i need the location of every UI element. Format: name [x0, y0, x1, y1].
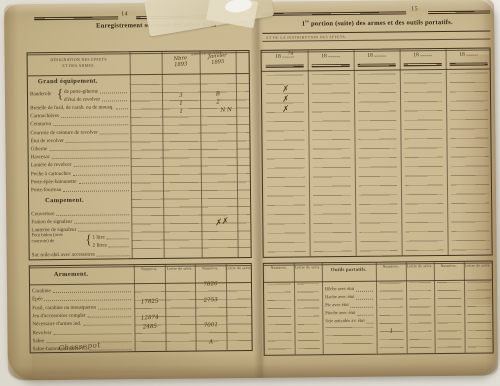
armement-heading: Armement.	[54, 271, 89, 278]
ruled-cells	[358, 73, 398, 251]
column-line	[446, 49, 449, 255]
column-line	[354, 50, 357, 256]
rule-line	[34, 16, 118, 20]
column-header: Numéros.	[134, 267, 165, 272]
table-row: Pioche avec étui	[325, 309, 374, 317]
table-row: Porte-fourreau	[31, 184, 130, 193]
ruled-cells	[297, 283, 320, 350]
item-label: Banderole	[30, 91, 51, 97]
column-header: Numéros.	[376, 264, 406, 269]
table-row: Lanière de revolver	[31, 159, 130, 168]
header-rule	[404, 63, 442, 66]
table-row: Bêche avec étui	[325, 285, 374, 293]
outils-table: Numéros. Lettre de série. Outils portati…	[263, 260, 494, 355]
right-subheader: ET DE LA DISTRIBUTION DES EFFETS.	[262, 30, 490, 41]
column-header: Lettre de série.	[226, 266, 252, 271]
item-label: Petit bidon (avec courroie) de	[31, 233, 85, 245]
table-row: 2 litres	[93, 240, 130, 248]
ruled-cells	[379, 282, 404, 349]
table-row: Épée	[32, 293, 132, 302]
ruled-cells	[467, 281, 492, 348]
right-page-number: 15	[411, 6, 418, 12]
column-line	[308, 50, 311, 256]
table-row: Hache avec étui	[325, 293, 374, 301]
left-table-header: DÉSIGNATION DES EFFETS ET DES ARMES. ARR…	[28, 51, 249, 76]
left-page-number: 14	[121, 11, 128, 17]
armement-table: Armement. Numéros. Lettre de série. Numé…	[29, 263, 253, 353]
ruled-cells	[267, 284, 292, 351]
column-header: Lettre de série.	[294, 265, 322, 270]
ruled-cells	[325, 327, 373, 351]
title-rest: portion (suite) des armes et des outils …	[309, 19, 453, 28]
handwritten-date: Nbre 1893	[161, 54, 200, 69]
column-header: Lettre de série.	[165, 267, 195, 272]
designation-header: DÉSIGNATION DES EFFETS ET DES ARMES.	[28, 56, 130, 70]
year-header: 18	[354, 52, 400, 58]
column-header: Numéros.	[434, 264, 464, 269]
section-heading: Grand équipement.	[38, 78, 98, 86]
header-rule	[266, 64, 304, 67]
years-header: 18 18 18 18 18 74	[262, 48, 490, 71]
column-line	[400, 49, 403, 255]
right-page-title: 1re portion (suite) des armes et des out…	[262, 16, 492, 28]
header-rule	[312, 64, 350, 67]
column-header: Numéros.	[195, 266, 226, 271]
right-years-table: 18 18 18 18 18 74 ✗ ✗ ✗	[261, 47, 493, 257]
ruled-cells	[404, 73, 444, 251]
outils-header: Numéros. Lettre de série. Outils portati…	[264, 261, 492, 282]
table-row: Scie articulée av. étui	[325, 317, 374, 325]
rule-line	[428, 10, 490, 14]
table-row: Sac toile-abri avec accessoires	[32, 249, 131, 258]
column-header: Lettre de série.	[406, 264, 434, 269]
rule-line	[262, 11, 406, 16]
ruled-cells	[409, 282, 432, 349]
outils-heading: Outils portatifs.	[322, 268, 376, 274]
section-heading: Campement.	[45, 197, 84, 204]
year-header: 18	[308, 53, 354, 59]
year-header: 18	[262, 53, 308, 59]
year-header: 18	[400, 52, 446, 58]
column-header: Numéros.	[264, 266, 294, 271]
left-effects-table: DÉSIGNATION DES EFFETS ET DES ARMES. ARR…	[27, 50, 252, 260]
year-header: 18	[446, 51, 492, 57]
handwritten-date: Janvier 1895	[197, 52, 238, 68]
worn-edge-bottom	[8, 349, 498, 380]
brace-glyph: {	[85, 232, 91, 248]
scanned-booklet-photo: 14 15 Enregistrement successif des effet…	[0, 0, 500, 386]
ruled-cells	[450, 73, 490, 251]
table-row: Ceinturon	[30, 118, 129, 127]
table-row: Pic avec étui	[325, 301, 374, 309]
header-rule	[450, 63, 488, 66]
column-header: Lettre de série.	[464, 263, 492, 268]
brace-glyph: {	[57, 86, 63, 102]
ruled-cells	[312, 74, 352, 252]
handwritten-number: A	[195, 338, 226, 346]
handwritten-year-note: 74	[288, 52, 294, 57]
table-row: Nécessaire d'armes ind.	[32, 318, 132, 327]
open-booklet: 14 15 Enregistrement successif des effet…	[4, 0, 498, 381]
header-rule	[358, 63, 396, 66]
ruled-cells	[134, 282, 252, 345]
ruled-cells	[437, 282, 462, 349]
